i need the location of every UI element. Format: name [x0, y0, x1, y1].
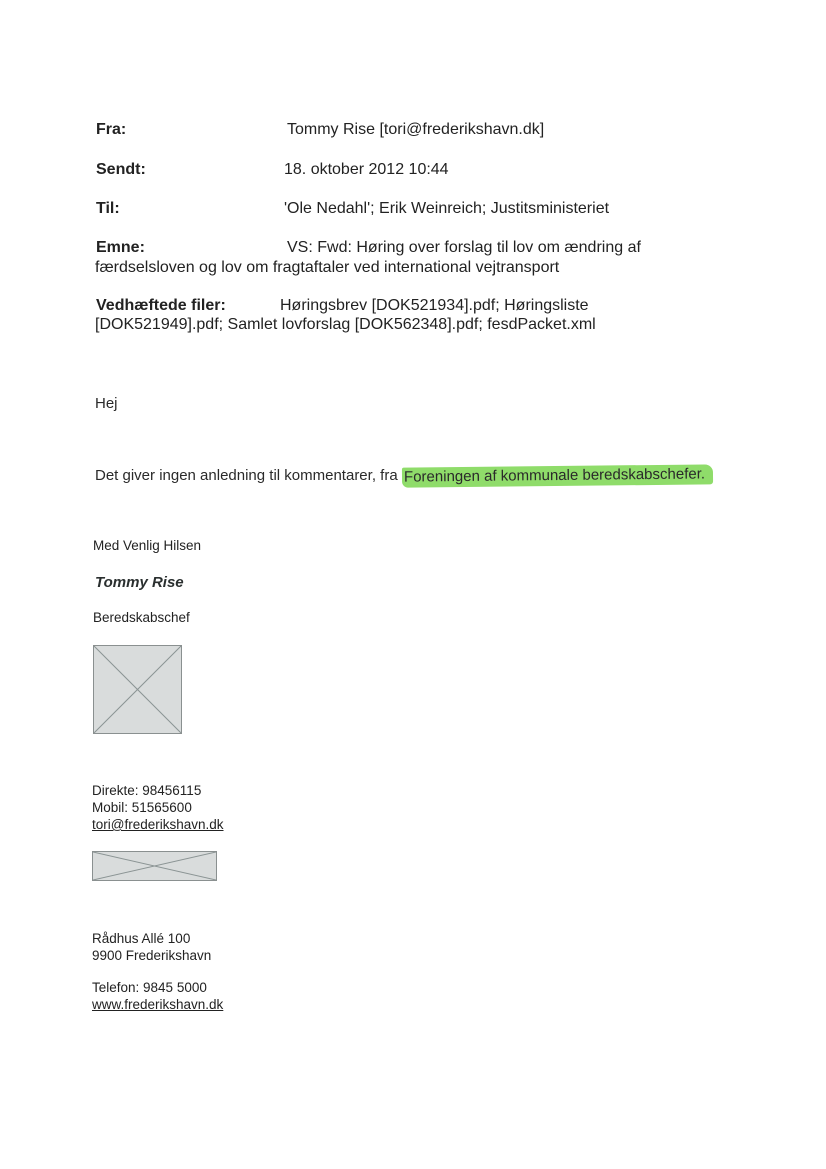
closing: Med Venlig Hilsen [93, 538, 201, 554]
broken-image-icon [93, 645, 182, 734]
to-value: 'Ole Nedahl'; Erik Weinreich; Justitsmin… [284, 200, 609, 218]
subject-value-line1: VS: Fwd: Høring over forslag til lov om … [287, 239, 641, 257]
website-link[interactable]: www.frederikshavn.dk [92, 997, 223, 1013]
message-text: Det giver ingen anledning til kommentare… [95, 467, 398, 484]
to-label: Til: [96, 200, 120, 218]
signature-title: Beredskabschef [93, 610, 190, 626]
subject-value-line2: færdselsloven og lov om fragtaftaler ved… [95, 259, 559, 277]
direct-phone: Direkte: 98456115 [92, 783, 201, 799]
attachments-value-line2: [DOK521949].pdf; Samlet lovforslag [DOK5… [95, 316, 596, 334]
address-city: 9900 Frederikshavn [92, 948, 211, 964]
sent-value: 18. oktober 2012 10:44 [284, 161, 449, 179]
attachments-label: Vedhæftede filer: [96, 297, 226, 315]
broken-image-icon [92, 851, 217, 881]
mobile-phone: Mobil: 51565600 [92, 800, 192, 816]
from-value: Tommy Rise [tori@frederikshavn.dk] [287, 121, 544, 139]
phone: Telefon: 9845 5000 [92, 980, 207, 996]
subject-label: Emne: [96, 239, 145, 257]
address-street: Rådhus Allé 100 [92, 931, 190, 947]
from-label: Fra: [96, 121, 126, 139]
highlighted-text: Foreningen af kommunale beredskabschefer… [402, 464, 713, 487]
attachments-value-line1: Høringsbrev [DOK521934].pdf; Høringslist… [280, 297, 589, 315]
signature-name: Tommy Rise [95, 574, 184, 591]
sent-label: Sendt: [96, 161, 146, 179]
greeting: Hej [95, 395, 118, 412]
email-link[interactable]: tori@frederikshavn.dk [92, 817, 224, 833]
message: Det giver ingen anledning til kommentare… [95, 466, 713, 486]
